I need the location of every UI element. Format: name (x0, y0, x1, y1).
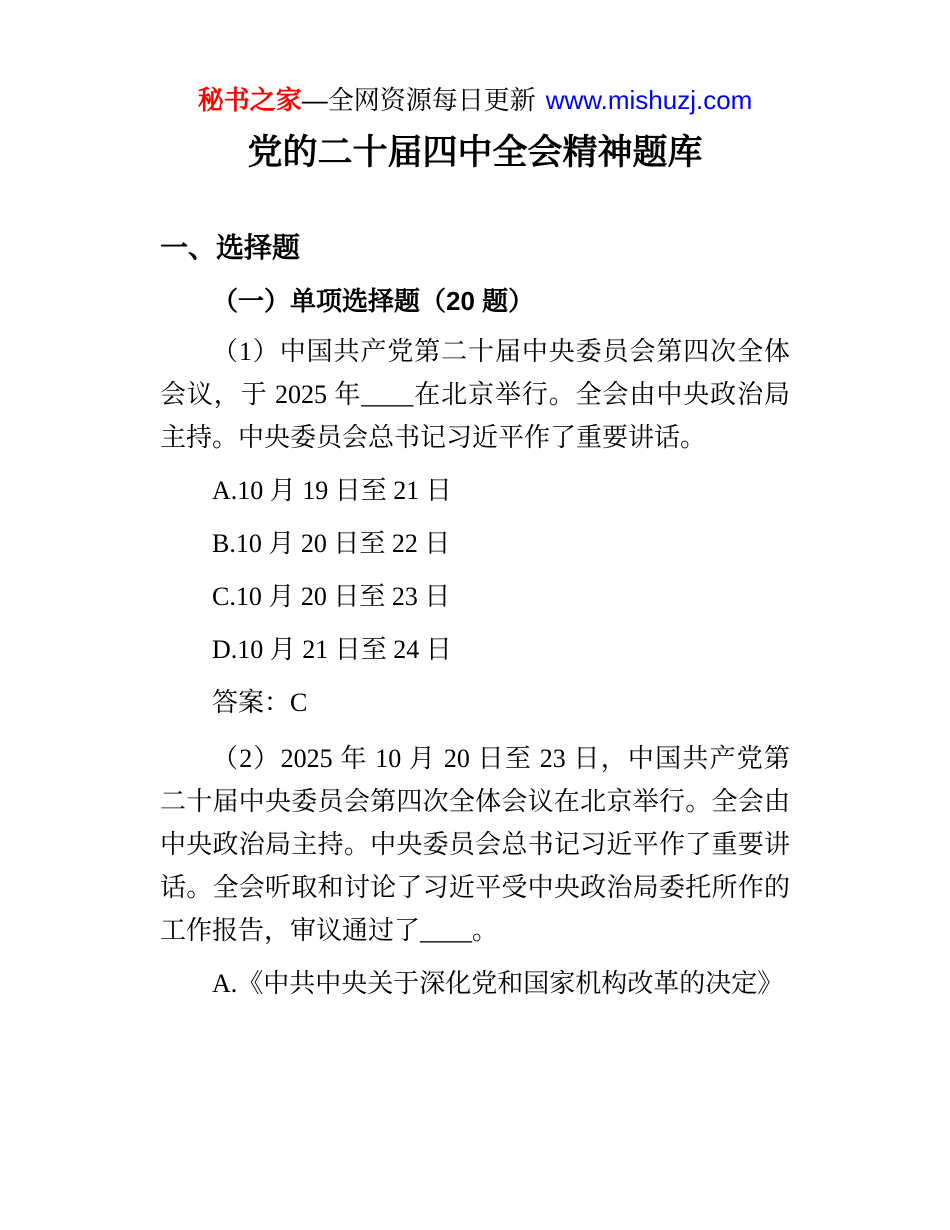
subsection-heading: （一）单项选择题（20 题） (160, 285, 790, 317)
document-page: 秘书之家—全网资源每日更新www.mishuzj.com 党的二十届四中全会精神… (0, 0, 950, 1230)
question-2-stem: （2）2025 年 10 月 20 日至 23 日，中国共产党第二十届中央委员会… (160, 737, 790, 952)
question-1-option-b: B.10 月 20 日至 22 日 (160, 522, 790, 565)
question-1-option-c: C.10 月 20 日至 23 日 (160, 575, 790, 618)
brand-name: 秘书之家 (198, 85, 302, 115)
question-1-answer: 答案：C (160, 681, 790, 724)
question-1-option-a: A.10 月 19 日至 21 日 (160, 469, 790, 512)
section-heading: 一、选择题 (160, 231, 790, 265)
question-2-option-a: A.《中共中央关于深化党和国家机构改革的决定》 (160, 962, 790, 1005)
site-header: 秘书之家—全网资源每日更新www.mishuzj.com (160, 84, 790, 116)
document-title: 党的二十届四中全会精神题库 (160, 132, 790, 174)
site-url-link[interactable]: www.mishuzj.com (546, 85, 753, 115)
question-1-stem: （1）中国共产党第二十届中央委员会第四次全体会议，于 2025 年____在北京… (160, 330, 790, 459)
question-1-option-d: D.10 月 21 日至 24 日 (160, 628, 790, 671)
header-tagline: —全网资源每日更新 (302, 85, 536, 115)
